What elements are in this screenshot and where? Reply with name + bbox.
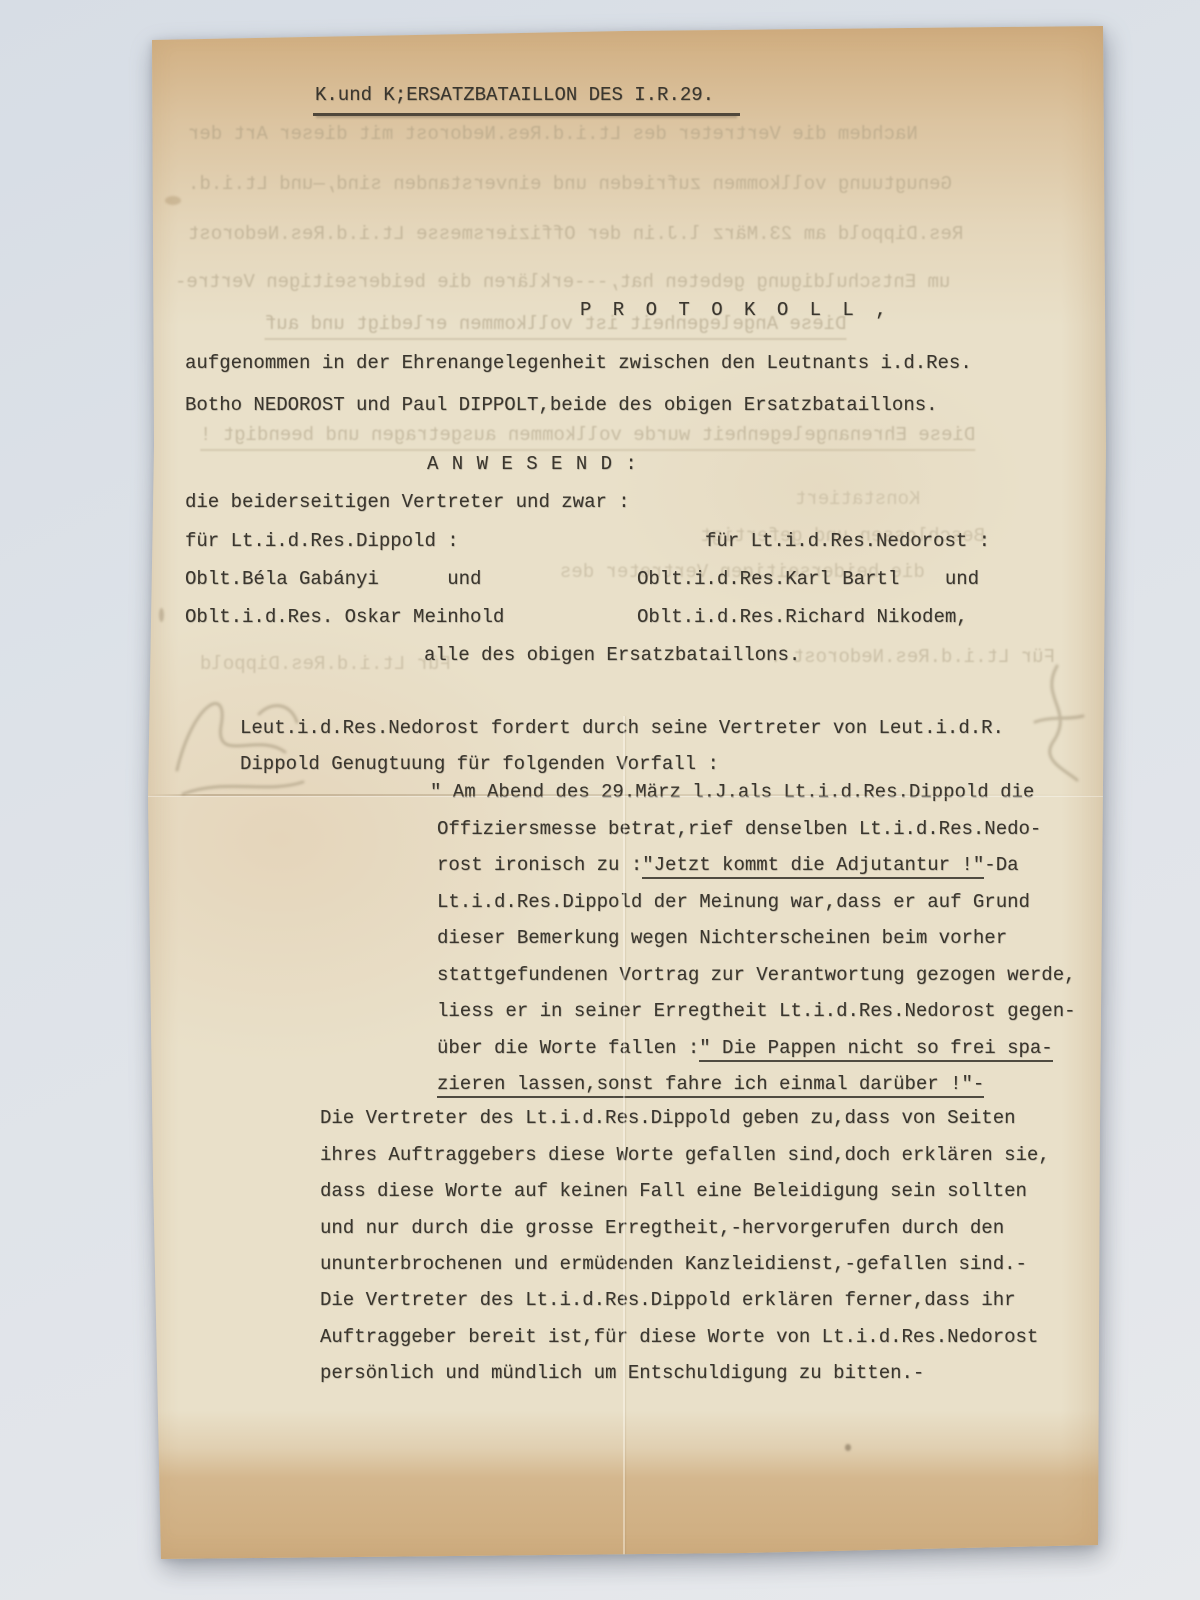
typed-line: alle des obigen Ersatzbataillons. [424,643,800,667]
typed-line: dass diese Worte auf keinen Fall eine Be… [320,1179,1027,1203]
typed-line: stattgefundenen Vortrag zur Verantwortun… [437,963,1076,987]
typed-line: aufgenommen in der Ehrenangelegenheit zw… [185,351,972,375]
document-title: P R O T O K O L L , [580,298,892,322]
typed-line: rost ironisch zu :"Jetzt kommt die Adjut… [437,853,1019,877]
paper-speck [165,196,181,205]
vertical-fold-crease [623,716,625,1556]
paper-speck [159,608,164,622]
typed-line: Die Vertreter des Lt.i.d.Res.Dippold erk… [320,1288,1016,1312]
typed-line: Oblt.i.d.Res.Karl Bartl und [637,567,979,591]
typed-line: Dippold Genugtuung für folgenden Vorfall… [240,752,719,776]
typed-line: Oblt.Béla Gabányi und [185,567,481,591]
typewritten-text-layer: K.und K;ERSATZBATAILLON DES I.R.29. P R … [145,26,1107,1560]
typed-line: Die Vertreter des Lt.i.d.Res.Dippold geb… [320,1106,1016,1130]
typed-line: A N W E S E N D : [427,452,638,476]
typed-line: Lt.i.d.Res.Dippold der Meinung war,dass … [437,890,1030,914]
paper-speck [845,1444,851,1451]
document-paper: Nachdem die Vertreter des Lt.i.d.Res.Ned… [145,26,1107,1560]
typed-line: für Lt.i.d.Res.Dippold : [185,529,459,553]
typed-line: zieren lassen,sonst fahre ich einmal dar… [437,1072,984,1096]
paper-shadow: Nachdem die Vertreter des Lt.i.d.Res.Ned… [145,26,1107,1560]
typed-line: Offiziersmesse betrat,rief denselben Lt.… [437,817,1041,841]
horizontal-fold-crease [147,794,1105,796]
typed-line: die beiderseitigen Vertreter und zwar : [185,490,630,514]
typed-line: Oblt.i.d.Res. Oskar Meinhold [185,605,504,629]
document-header: K.und K;ERSATZBATAILLON DES I.R.29. [313,83,740,116]
typed-line: Auftraggeber bereit ist,für diese Worte … [320,1325,1038,1349]
typed-line: ihres Auftraggebers diese Worte gefallen… [320,1143,1050,1167]
typed-line: " Am Abend des 29.März l.J.als Lt.i.d.Re… [430,780,1034,804]
typed-line: Oblt.i.d.Res.Richard Nikodem, [637,605,968,629]
typed-line: über die Worte fallen :" Die Pappen nich… [437,1036,1053,1060]
photo-background: Nachdem die Vertreter des Lt.i.d.Res.Ned… [0,0,1200,1600]
typed-line: Botho NEDOROST und Paul DIPPOLT,beide de… [185,393,938,417]
typed-line: für Lt.i.d.Res.Nedorost : [705,529,990,553]
typed-line: und nur durch die grosse Erregtheit,-her… [320,1216,1004,1240]
typed-line: liess er in seiner Erregtheit Lt.i.d.Res… [437,999,1076,1023]
typed-line: Leut.i.d.Res.Nedorost fordert durch sein… [240,716,1004,740]
typed-line: dieser Bemerkung wegen Nichterscheinen b… [437,926,1007,950]
typed-line: ununterbrochenen und ermüdenden Kanzleid… [320,1252,1027,1276]
